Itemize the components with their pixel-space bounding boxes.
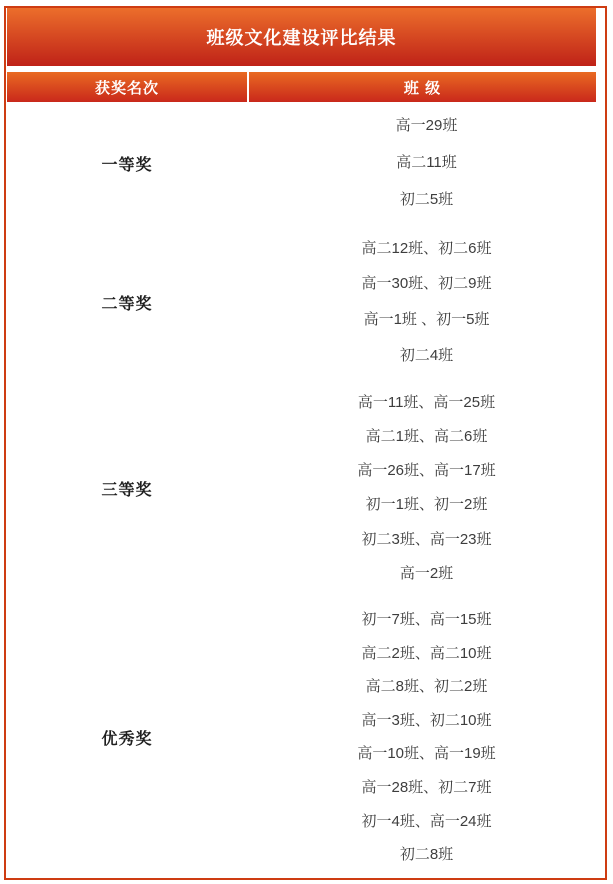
class-line: 初二8班 bbox=[248, 846, 605, 864]
class-line: 高一11班、高一25班 bbox=[248, 394, 605, 412]
class-line: 高一10班、高一19班 bbox=[248, 745, 605, 763]
class-line: 初二4班 bbox=[248, 347, 605, 365]
award-rank-cell: 优秀奖 bbox=[6, 597, 248, 878]
class-line: 高一1班 、初一5班 bbox=[248, 311, 605, 329]
class-line: 初一4班、高一24班 bbox=[248, 813, 605, 831]
award-classes-cell: 高一29班 高二11班 初二5班 bbox=[248, 102, 605, 225]
class-line: 高一28班、初二7班 bbox=[248, 779, 605, 797]
award-classes-cell: 高一11班、高一25班 高二1班、高二6班 高一26班、高一17班 初一1班、初… bbox=[248, 380, 605, 598]
page-title: 班级文化建设评比结果 bbox=[207, 24, 397, 50]
class-line: 高一29班 bbox=[248, 117, 605, 135]
table-title-bar: 班级文化建设评比结果 bbox=[7, 8, 596, 66]
award-rank-label: 一等奖 bbox=[101, 152, 152, 175]
award-rank-label: 优秀奖 bbox=[101, 726, 152, 749]
award-classes-cell: 高二12班、初二6班 高一30班、初二9班 高一1班 、初一5班 初二4班 bbox=[248, 225, 605, 380]
class-line: 高二1班、高二6班 bbox=[248, 428, 605, 446]
column-header-class: 班 级 bbox=[249, 72, 596, 102]
table-header-row: 获奖名次 班 级 bbox=[7, 72, 596, 102]
award-section: 优秀奖 初一7班、高一15班 高二2班、高二10班 高二8班、初二2班 高一3班… bbox=[6, 597, 605, 878]
class-line: 初二5班 bbox=[248, 191, 605, 209]
table-body: 一等奖 高一29班 高二11班 初二5班 二等奖 高二12班、初二6班 高一30… bbox=[6, 102, 605, 878]
class-line: 高二2班、高二10班 bbox=[248, 645, 605, 663]
results-table: 班级文化建设评比结果 获奖名次 班 级 一等奖 高一29班 高二11班 初二5班… bbox=[4, 6, 607, 880]
class-line: 初一1班、初一2班 bbox=[248, 496, 605, 514]
class-line: 高二8班、初二2班 bbox=[248, 678, 605, 696]
class-line: 初一7班、高一15班 bbox=[248, 611, 605, 629]
award-rank-cell: 一等奖 bbox=[6, 102, 248, 225]
award-section: 二等奖 高二12班、初二6班 高一30班、初二9班 高一1班 、初一5班 初二4… bbox=[6, 225, 605, 380]
class-line: 高一3班、初二10班 bbox=[248, 712, 605, 730]
award-rank-label: 二等奖 bbox=[101, 291, 152, 314]
class-line: 高一2班 bbox=[248, 565, 605, 583]
award-section: 三等奖 高一11班、高一25班 高二1班、高二6班 高一26班、高一17班 初一… bbox=[6, 380, 605, 598]
award-rank-cell: 二等奖 bbox=[6, 225, 248, 380]
class-line: 高一30班、初二9班 bbox=[248, 275, 605, 293]
class-line: 初二3班、高一23班 bbox=[248, 531, 605, 549]
column-header-class-label: 班 级 bbox=[404, 77, 441, 98]
award-section: 一等奖 高一29班 高二11班 初二5班 bbox=[6, 102, 605, 225]
award-rank-label: 三等奖 bbox=[101, 477, 152, 500]
class-line: 高二12班、初二6班 bbox=[248, 240, 605, 258]
column-header-rank: 获奖名次 bbox=[7, 72, 247, 102]
award-rank-cell: 三等奖 bbox=[6, 380, 248, 598]
class-line: 高二11班 bbox=[248, 154, 605, 172]
column-header-rank-label: 获奖名次 bbox=[95, 77, 159, 98]
award-classes-cell: 初一7班、高一15班 高二2班、高二10班 高二8班、初二2班 高一3班、初二1… bbox=[248, 597, 605, 878]
class-line: 高一26班、高一17班 bbox=[248, 462, 605, 480]
